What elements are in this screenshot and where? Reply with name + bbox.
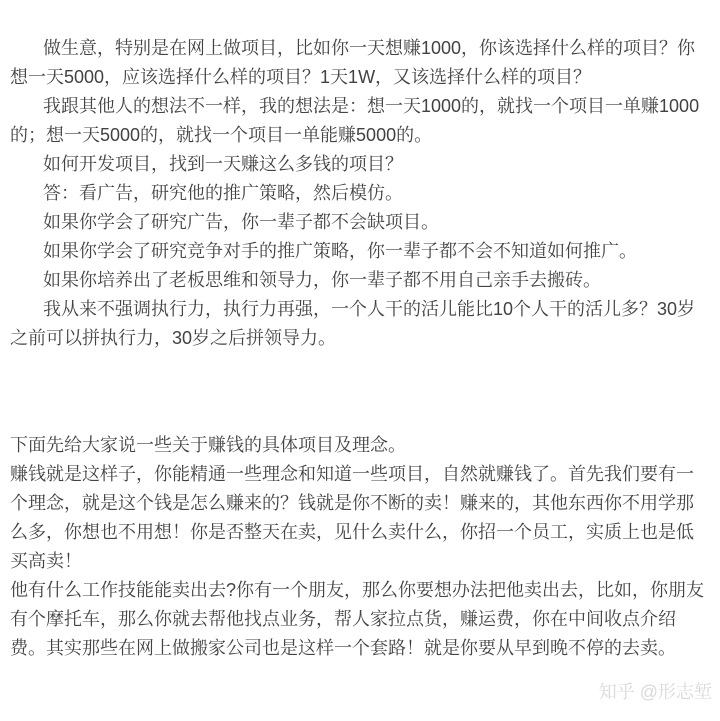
paragraph: 赚钱就是这样子，你能精通一些理念和知道一些项目，自然就赚钱了。首先我们要有一个理… (10, 460, 712, 576)
text-line: 如果你学会了研究竞争对手的推广策略，你一辈子都不会不知道如何推广。 (10, 237, 712, 266)
text-line: 做生意，特别是在网上做项目，比如你一天想赚1000，你该选择什么样的项目？你 (10, 34, 712, 63)
paragraph: 他有什么工作技能能卖出去?你有一个朋友，那么你要想办法把他卖出去，比如，你朋友有… (10, 576, 712, 663)
text-line: 如果你培养出了老板思维和领导力，你一辈子都不用自己亲手去搬砖。 (10, 266, 712, 295)
article-section-top: 做生意，特别是在网上做项目，比如你一天想赚1000，你该选择什么样的项目？你想一… (10, 34, 712, 353)
text-line: 买高卖！ (10, 547, 712, 576)
text-line: 想一天5000，应该选择什么样的项目？1天1W，又该选择什么样的项目？ (10, 63, 712, 92)
text-line: 之前可以拼执行力，30岁之后拼领导力。 (10, 324, 712, 353)
text-line: 我跟其他人的想法不一样，我的想法是：想一天1000的，就找一个项目一单赚1000 (10, 92, 712, 121)
text-line: 他有什么工作技能能卖出去?你有一个朋友，那么你要想办法把他卖出去，比如，你朋友 (10, 576, 712, 605)
paragraph: 答：看广告，研究他的推广策略，然后模仿。 (10, 179, 712, 208)
text-line: 么多，你想也不用想！你是否整天在卖，见什么卖什么，你招一个员工，实质上也是低 (10, 518, 712, 547)
paragraph: 如何开发项目，找到一天赚这么多钱的项目？ (10, 150, 712, 179)
paragraph: 下面先给大家说一些关于赚钱的具体项目及理念。 (10, 431, 712, 460)
text-line: 我从来不强调执行力，执行力再强，一个人干的活儿能比10个人干的活儿多？30岁 (10, 295, 712, 324)
text-line: 如何开发项目，找到一天赚这么多钱的项目？ (10, 150, 712, 179)
paragraph: 如果你培养出了老板思维和领导力，你一辈子都不用自己亲手去搬砖。 (10, 266, 712, 295)
text-line: 下面先给大家说一些关于赚钱的具体项目及理念。 (10, 431, 712, 460)
paragraph: 我跟其他人的想法不一样，我的想法是：想一天1000的，就找一个项目一单赚1000… (10, 92, 712, 150)
paragraph: 如果你学会了研究广告，你一辈子都不会缺项目。 (10, 208, 712, 237)
zhihu-watermark: 知乎 @形志堑 (599, 681, 712, 703)
watermark-text: 知乎 @形志堑 (599, 682, 712, 702)
paragraph: 如果你学会了研究竞争对手的推广策略，你一辈子都不会不知道如何推广。 (10, 237, 712, 266)
text-line: 个理念，就是这个钱是怎么赚来的？钱就是你不断的卖！赚来的，其他东西你不用学那 (10, 489, 712, 518)
text-line: 费。其实那些在网上做搬家公司也是这样一个套路！就是你要从早到晚不停的去卖。 (10, 634, 712, 663)
text-line: 有个摩托车，那么你就去帮他找点业务，帮人家拉点货，赚运费，你在中间收点介绍 (10, 605, 712, 634)
paragraph: 做生意，特别是在网上做项目，比如你一天想赚1000，你该选择什么样的项目？你想一… (10, 34, 712, 92)
paragraph: 我从来不强调执行力，执行力再强，一个人干的活儿能比10个人干的活儿多？30岁之前… (10, 295, 712, 353)
text-line: 答：看广告，研究他的推广策略，然后模仿。 (10, 179, 712, 208)
text-line: 的；想一天5000的，就找一个项目一单能赚5000的。 (10, 121, 712, 150)
article-page: 做生意，特别是在网上做项目，比如你一天想赚1000，你该选择什么样的项目？你想一… (0, 0, 720, 721)
article-section-bottom: 下面先给大家说一些关于赚钱的具体项目及理念。赚钱就是这样子，你能精通一些理念和知… (10, 431, 712, 663)
text-line: 赚钱就是这样子，你能精通一些理念和知道一些项目，自然就赚钱了。首先我们要有一 (10, 460, 712, 489)
text-line: 如果你学会了研究广告，你一辈子都不会缺项目。 (10, 208, 712, 237)
